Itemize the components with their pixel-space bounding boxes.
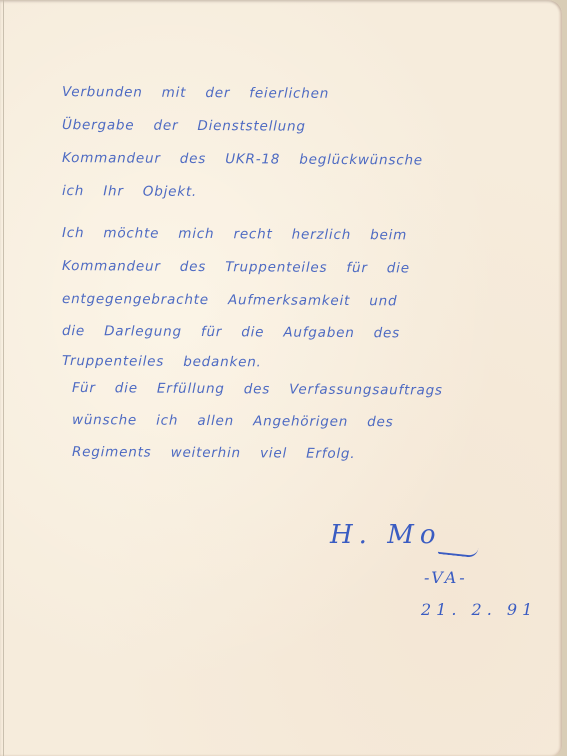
signature-flourish: [438, 544, 479, 558]
page-binding-edge: [3, 0, 4, 756]
text-line: ich Ihr Objekt.: [62, 183, 197, 200]
text-line: entgegengebrachte Aufmerksamkeit und: [62, 291, 397, 309]
text-line: Ich möchte mich recht herzlich beim: [62, 225, 407, 243]
text-line: die Darlegung für die Aufgaben des: [62, 323, 400, 341]
text-line: Truppenteiles bedanken.: [62, 353, 262, 370]
signature-abbreviation: -VA-: [424, 568, 468, 587]
text-line: Für die Erfüllung des Verfassungsauftrag…: [72, 380, 443, 399]
text-line: Kommandeur des Truppenteiles für die: [62, 258, 410, 276]
text-line: Verbunden mit der feierlichen: [62, 84, 329, 102]
text-line: wünsche ich allen Angehörigen des: [72, 412, 394, 430]
text-line: Kommandeur des UKR-18 beglückwünsche: [62, 150, 423, 169]
letter-page: Verbunden mit der feierlichen Übergabe d…: [0, 0, 562, 756]
signature-date: 21. 2. 91: [421, 600, 537, 619]
text-line: Übergabe der Dienststellung: [62, 117, 306, 135]
signature: H. Mo: [330, 520, 441, 550]
text-line: Regiments weiterhin viel Erfolg.: [72, 444, 356, 462]
